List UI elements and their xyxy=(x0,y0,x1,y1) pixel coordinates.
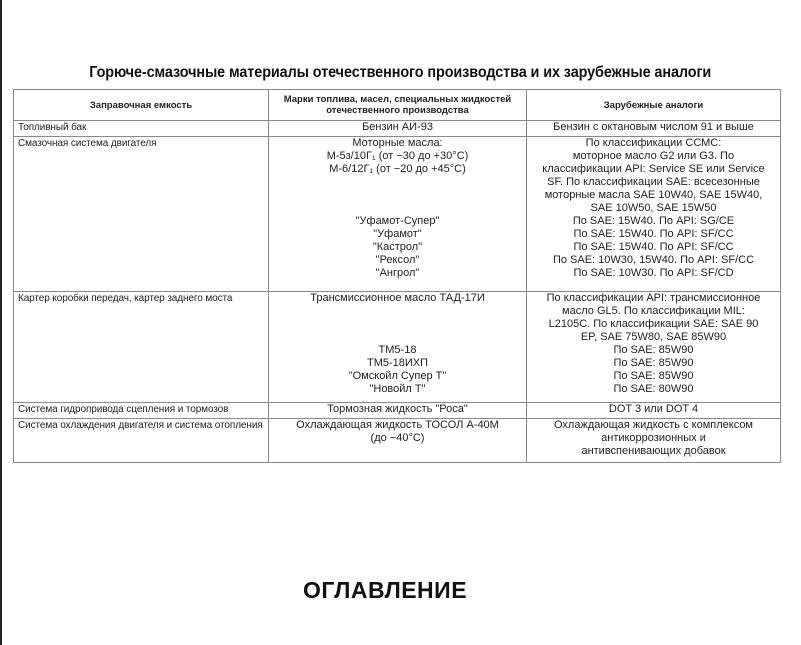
cell-line: "Кастрол" xyxy=(273,241,522,254)
cell-line: антикоррозионных и xyxy=(531,432,776,445)
cell-line: М-6/12Г₁ (от −20 до +45°С) xyxy=(273,163,522,176)
cell-line: "Рексол" xyxy=(273,254,522,267)
cell-line: "Омскойл Супер Т" xyxy=(273,370,522,383)
table-header-row: Заправочная емкость Марки топлива, масел… xyxy=(14,90,781,121)
cell-line: моторные масла SAE 10W40, SAE 15W40, xyxy=(531,189,776,202)
cell-line: антивспенивающих добавок xyxy=(531,445,776,458)
page-edge-line xyxy=(0,0,2,645)
cell-line: ТМ5-18ИХП xyxy=(273,357,522,370)
cell-line: Охлаждающая жидкость с комплексом xyxy=(531,419,776,432)
spacer xyxy=(273,305,522,344)
cell-line: По классификации API: трансмиссионное xyxy=(531,292,776,305)
lubricants-table: Заправочная емкость Марки топлива, масел… xyxy=(13,89,781,463)
cell-line: Бензин АИ-93 xyxy=(273,121,522,134)
table-row: Топливный бак Бензин АИ-93 Бензин с окта… xyxy=(14,121,781,137)
cell-line: Моторные масла: xyxy=(273,137,522,150)
cell-line: (до −40°С) xyxy=(273,432,522,445)
cell-line: По SAE: 15W40. По API: SF/CC xyxy=(531,241,776,254)
cell-line: классификации API: Service SE или Servic… xyxy=(531,163,776,176)
cell-line: Охлаждающая жидкость ТОСОЛ А-40М xyxy=(273,419,522,432)
cell-line: Трансмиссионное масло ТАД-17И xyxy=(273,292,522,305)
cell-line: масло GL5. По классификации MIL: xyxy=(531,305,776,318)
cell-capacity: Система охлаждения двигателя и система о… xyxy=(14,419,269,463)
cell-line: По SAE: 85W90 xyxy=(531,357,776,370)
cell-line: SAE 10W50, SAE 15W50 xyxy=(531,202,776,215)
cell-line: Тормозная жидкость "Роса" xyxy=(273,403,522,416)
cell-line: "Уфамот" xyxy=(273,228,522,241)
header-capacity: Заправочная емкость xyxy=(14,90,269,121)
cell-line: По классификации ССМС: xyxy=(531,137,776,150)
cell-line: Бензин с октановым числом 91 и выше xyxy=(531,121,776,134)
cell-line: ТМ5-18 xyxy=(273,344,522,357)
table-row: Система охлаждения двигателя и система о… xyxy=(14,419,781,463)
cell-domestic: Бензин АИ-93 xyxy=(269,121,527,137)
cell-line: "Новойл Т" xyxy=(273,383,522,396)
cell-line: По SAE: 10W30. По API: SF/CD xyxy=(531,267,776,280)
cell-line: DOT 3 или DOT 4 xyxy=(531,403,776,416)
cell-foreign: DOT 3 или DOT 4 xyxy=(527,403,781,419)
cell-capacity: Топливный бак xyxy=(14,121,269,137)
cell-foreign: Бензин с октановым числом 91 и выше xyxy=(527,121,781,137)
table-row: Смазочная система двигателя Моторные мас… xyxy=(14,137,781,292)
table-row: Картер коробки передач, картер заднего м… xyxy=(14,292,781,403)
cell-line: "Ангрол" xyxy=(273,267,522,280)
cell-capacity: Система гидропривода сцепления и тормозо… xyxy=(14,403,269,419)
table-row: Система гидропривода сцепления и тормозо… xyxy=(14,403,781,419)
cell-line: По SAE: 80W90 xyxy=(531,383,776,396)
cell-capacity: Смазочная система двигателя xyxy=(14,137,269,292)
cell-line: SF. По классификации SAE: всесезонные xyxy=(531,176,776,189)
table-of-contents-heading[interactable]: ОГЛАВЛЕНИЕ xyxy=(0,577,770,604)
cell-foreign: Охлаждающая жидкость с комплексом антико… xyxy=(527,419,781,463)
cell-foreign: По классификации API: трансмиссионное ма… xyxy=(527,292,781,403)
cell-domestic: Охлаждающая жидкость ТОСОЛ А-40М (до −40… xyxy=(269,419,527,463)
cell-line: EP, SAE 75W80, SAE 85W90 xyxy=(531,331,776,344)
cell-line: По SAE: 85W90 xyxy=(531,344,776,357)
cell-domestic: Трансмиссионное масло ТАД-17И ТМ5-18 ТМ5… xyxy=(269,292,527,403)
header-foreign: Зарубежные аналоги xyxy=(527,90,781,121)
cell-line: моторное масло G2 или G3. По xyxy=(531,150,776,163)
page-title: Горюче-смазочные материалы отечественног… xyxy=(28,64,773,82)
cell-line: М-5з/10Г₁ (от −30 до +30°С) xyxy=(273,150,522,163)
cell-line: L2105C. По классификации SAE: SAE 90 xyxy=(531,318,776,331)
cell-foreign: По классификации ССМС: моторное масло G2… xyxy=(527,137,781,292)
cell-domestic: Моторные масла: М-5з/10Г₁ (от −30 до +30… xyxy=(269,137,527,292)
cell-line: По SAE: 15W40. По API: SG/CE xyxy=(531,215,776,228)
cell-line: "Уфамот-Супер" xyxy=(273,215,522,228)
cell-line: По SAE: 85W90 xyxy=(531,370,776,383)
spacer xyxy=(273,176,522,215)
cell-domestic: Тормозная жидкость "Роса" xyxy=(269,403,527,419)
cell-line: По SAE: 15W40. По API: SF/CC xyxy=(531,228,776,241)
cell-line: По SAE: 10W30, 15W40. По API: SF/CC xyxy=(531,254,776,267)
cell-capacity: Картер коробки передач, картер заднего м… xyxy=(14,292,269,403)
header-domestic: Марки топлива, масел, специальных жидкос… xyxy=(269,90,527,121)
